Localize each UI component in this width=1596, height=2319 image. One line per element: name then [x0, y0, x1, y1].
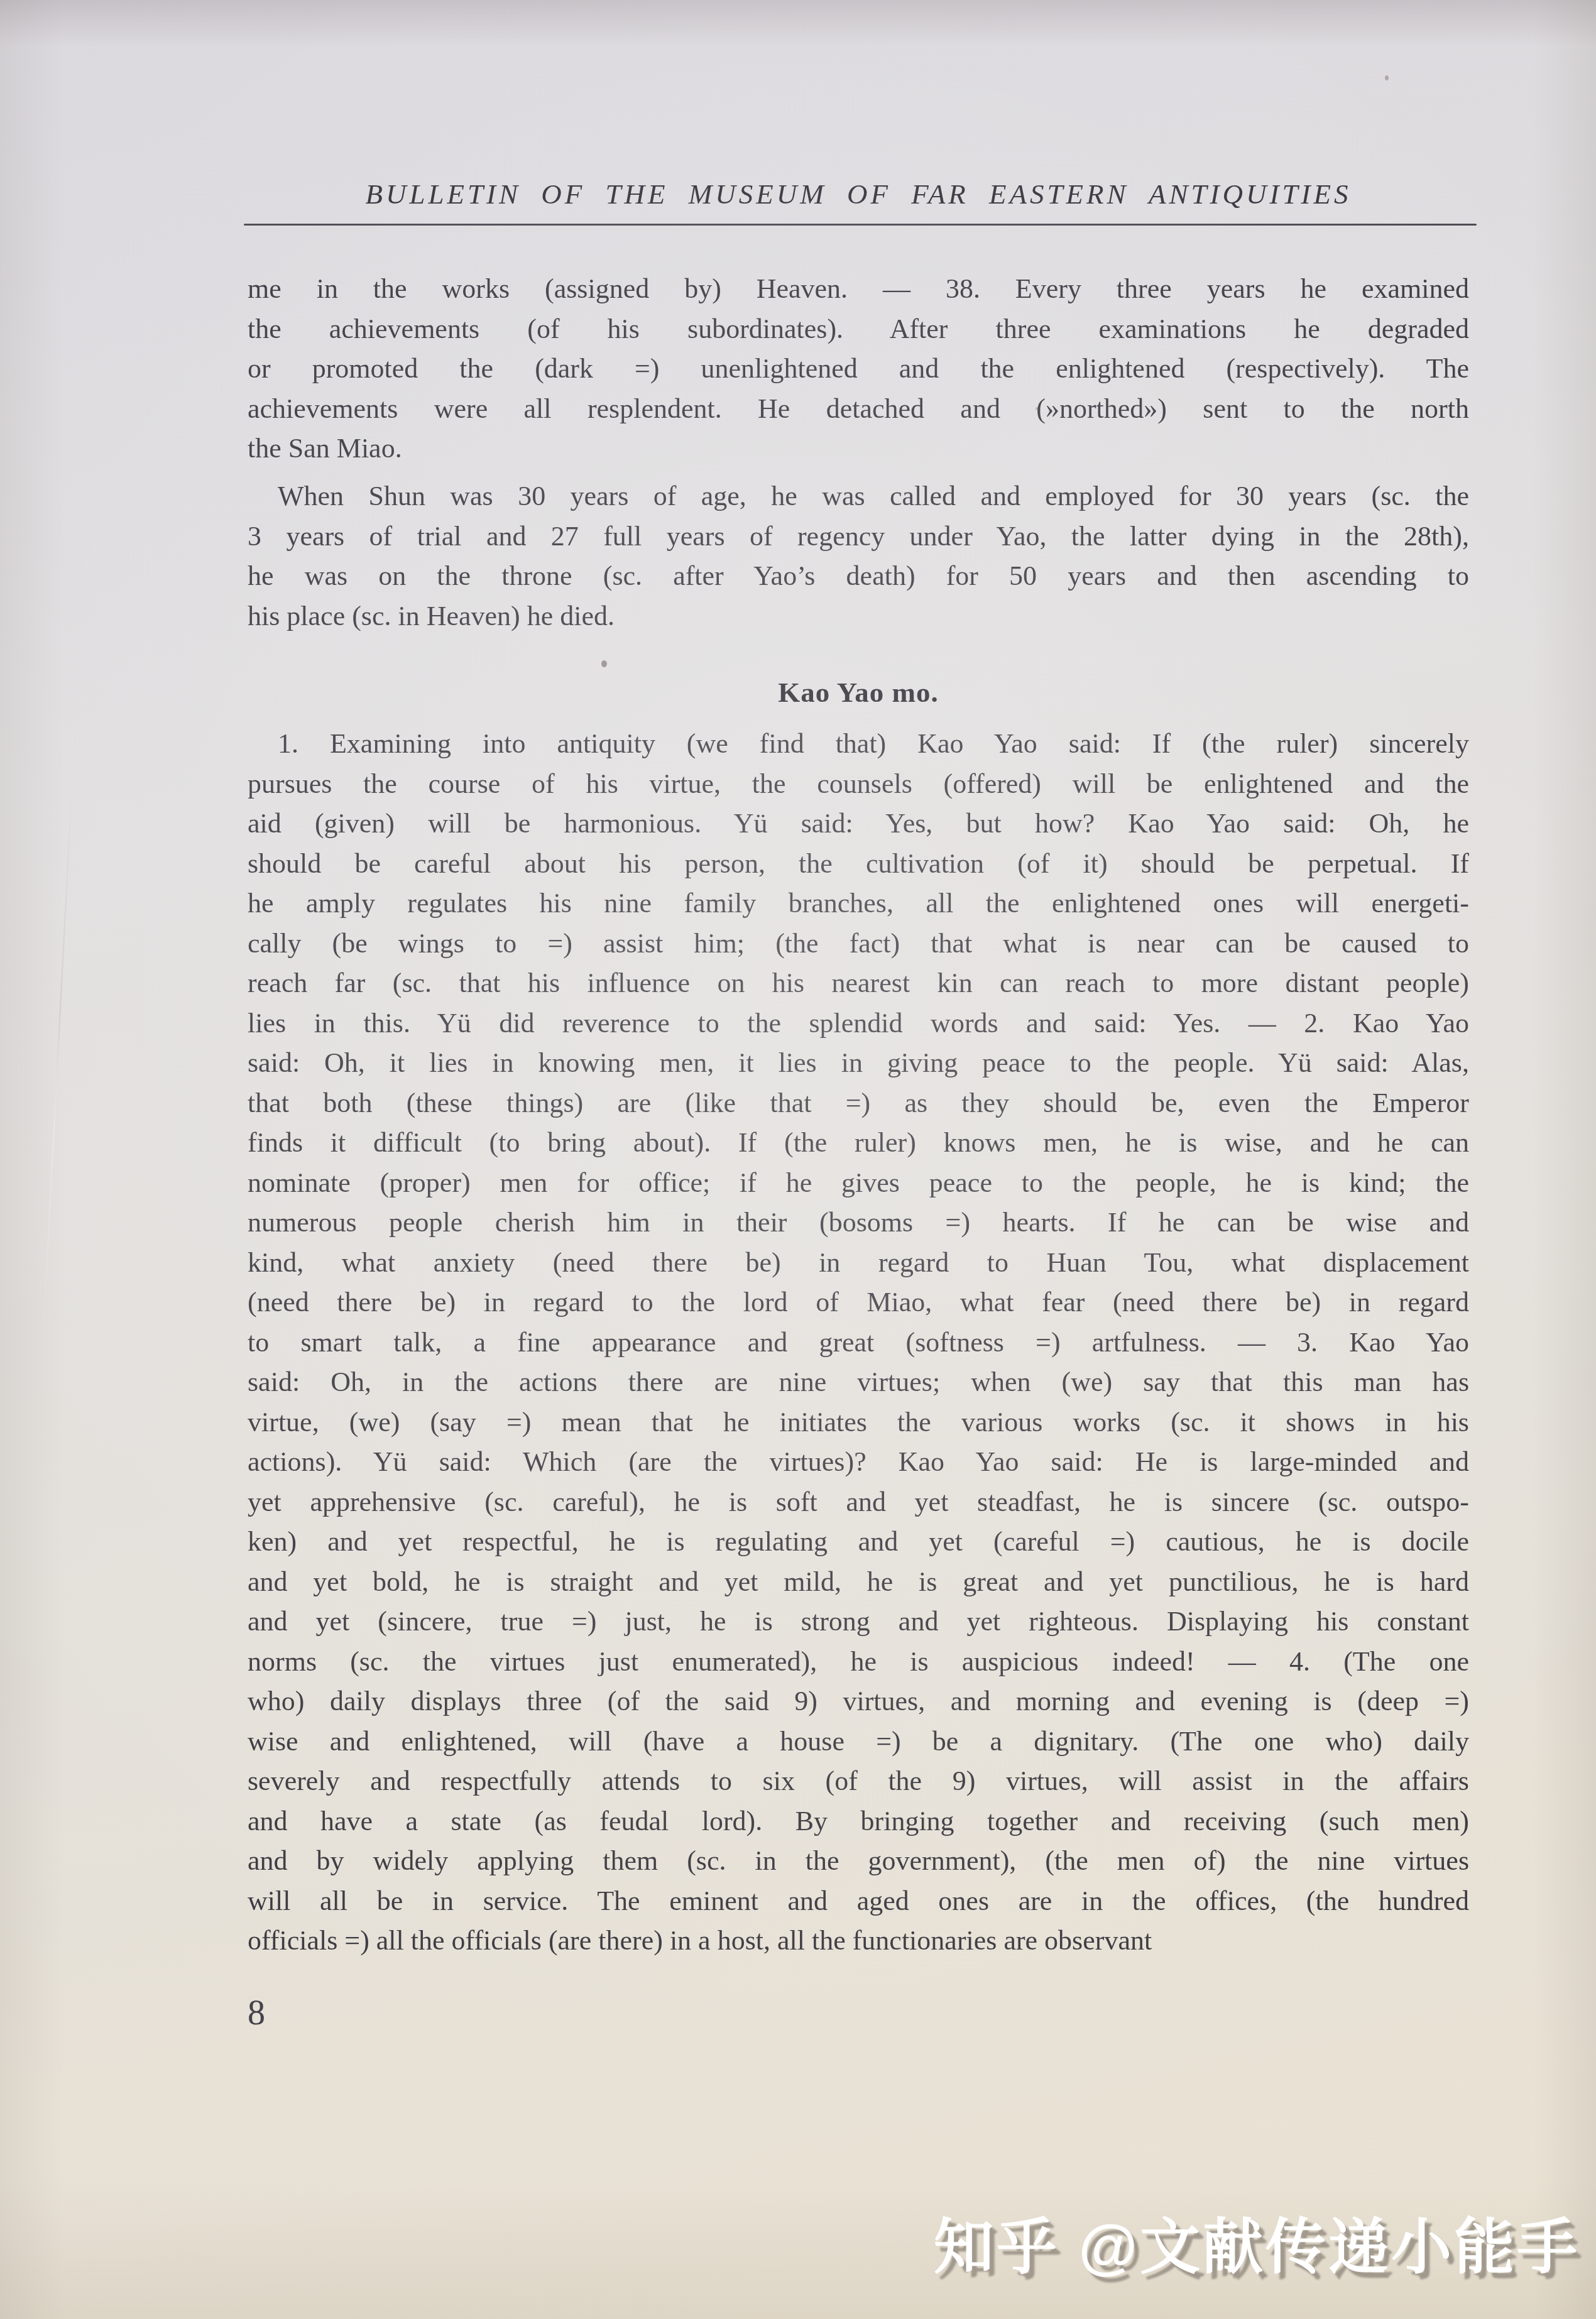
text-line: or promoted the (dark =) unenlightened a…: [248, 349, 1469, 389]
watermark: 知乎 @文献传递小能手: [934, 2199, 1580, 2285]
text-line: the San Miao.: [248, 428, 1469, 469]
text-line: 3 years of trial and 27 full years of re…: [248, 516, 1469, 557]
text-line: and yet bold, he is straight and yet mil…: [248, 1562, 1469, 1602]
text-line: pursues the course of his virtue, the co…: [248, 764, 1469, 804]
scanned-journal-page: BULLETIN OF THE MUSEUM OF FAR EASTERN AN…: [0, 0, 1596, 2319]
text-line: 1. Examining into antiquity (we find tha…: [248, 724, 1469, 764]
text-line: and by widely applying them (sc. in the …: [248, 1841, 1469, 1881]
text-line: reach far (sc. that his influence on his…: [248, 963, 1469, 1003]
paragraph-kao-yao-mo: 1. Examining into antiquity (we find tha…: [248, 724, 1469, 1961]
text-line: and yet (sincere, true =) just, he is st…: [248, 1601, 1469, 1642]
text-line: numerous people cherish him in their (bo…: [248, 1203, 1469, 1243]
text-line: me in the works (assigned by) Heaven. — …: [248, 269, 1469, 309]
text-line: his place (sc. in Heaven) he died.: [248, 596, 1469, 636]
text-line: should be careful about his person, the …: [248, 844, 1469, 884]
text-line: who) daily displays three (of the said 9…: [248, 1681, 1469, 1722]
text-line: finds it difficult (to bring about). If …: [248, 1123, 1469, 1163]
text-line: aid (given) will be harmonious. Yü said:…: [248, 804, 1469, 844]
text-line: and have a state (as feudal lord). By br…: [248, 1801, 1469, 1842]
paragraph-continuation: me in the works (assigned by) Heaven. — …: [248, 269, 1469, 469]
header-rule: [244, 224, 1477, 226]
text-line: officials =) all the officials (are ther…: [248, 1921, 1469, 1961]
text-line: (need there be) in regard to the lord of…: [248, 1282, 1469, 1323]
text-line: wise and enlightened, will (have a house…: [248, 1722, 1469, 1762]
text-line: that both (these things) are (like that …: [248, 1083, 1469, 1123]
text-line: to smart talk, a fine appearance and gre…: [248, 1323, 1469, 1363]
text-line: said: Oh, it lies in knowing men, it lie…: [248, 1043, 1469, 1083]
text-line: the achievements (of his subordinates). …: [248, 309, 1469, 349]
text-line: virtue, (we) (say =) mean that he initia…: [248, 1402, 1469, 1443]
paper-speck: [601, 660, 607, 667]
page-number: 8: [248, 1993, 265, 2033]
text-line: ken) and yet respectful, he is regulatin…: [248, 1522, 1469, 1562]
text-line: cally (be wings to =) assist him; (the f…: [248, 924, 1469, 964]
text-line: achievements were all resplendent. He de…: [248, 389, 1469, 429]
text-line: When Shun was 30 years of age, he was ca…: [248, 476, 1469, 516]
running-head: BULLETIN OF THE MUSEUM OF FAR EASTERN AN…: [248, 178, 1469, 210]
text-line: yet apprehensive (sc. careful), he is so…: [248, 1482, 1469, 1522]
section-heading: Kao Yao mo.: [248, 676, 1469, 709]
text-line: nominate (proper) men for office; if he …: [248, 1163, 1469, 1203]
paper-speck: [1385, 75, 1389, 80]
paper-crease: [41, 786, 72, 1351]
text-line: said: Oh, in the actions there are nine …: [248, 1362, 1469, 1402]
text-line: he amply regulates his nine family branc…: [248, 883, 1469, 924]
text-line: will all be in service. The eminent and …: [248, 1881, 1469, 1921]
text-line: he was on the throne (sc. after Yao’s de…: [248, 556, 1469, 596]
text-line: kind, what anxiety (need there be) in re…: [248, 1243, 1469, 1283]
text-line: severely and respectfully attends to six…: [248, 1761, 1469, 1801]
text-line: lies in this. Yü did reverence to the sp…: [248, 1003, 1469, 1044]
text-line: norms (sc. the virtues just enumerated),…: [248, 1642, 1469, 1682]
paragraph-shun: When Shun was 30 years of age, he was ca…: [248, 476, 1469, 636]
text-line: actions). Yü said: Which (are the virtue…: [248, 1442, 1469, 1482]
